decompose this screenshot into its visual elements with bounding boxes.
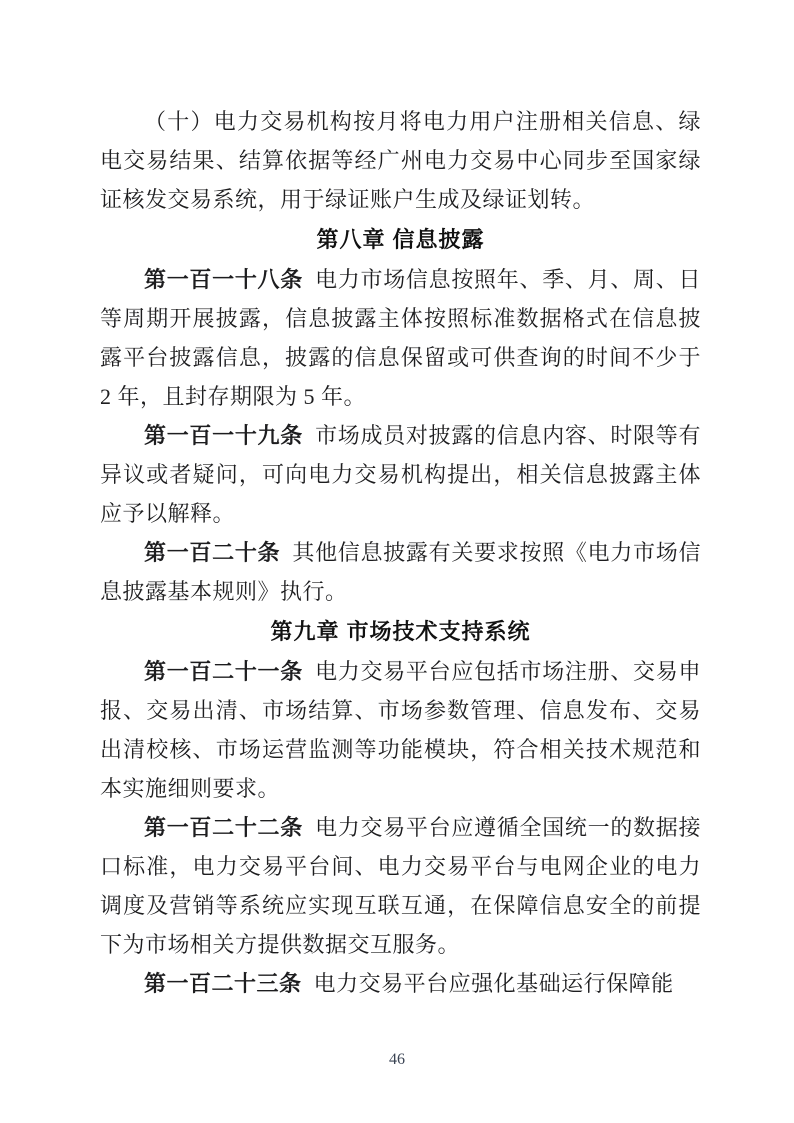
paragraph: 第一百二十一条电力交易平台应包括市场注册、交易申报、交易出清、市场结算、市场参数… — [100, 652, 701, 808]
paragraph: 第一百二十三条电力交易平台应强化基础运行保障能 — [100, 964, 701, 1003]
paragraph: 第一百二十条其他信息披露有关要求按照《电力市场信息披露基本规则》执行。 — [100, 533, 701, 611]
page-number: 46 — [0, 1051, 794, 1069]
chapter-heading: 第九章 市场技术支持系统 — [100, 611, 701, 652]
article-number: 第一百二十条 — [144, 540, 280, 565]
paragraph: 第一百一十八条电力市场信息按照年、季、月、周、日等周期开展披露，信息披露主体按照… — [100, 260, 701, 416]
document-page: （十）电力交易机构按月将电力用户注册相关信息、绿电交易结果、结算依据等经广州电力… — [0, 0, 794, 1123]
paragraph: 第一百一十九条市场成员对披露的信息内容、时限等有异议或者疑问，可向电力交易机构提… — [100, 416, 701, 533]
article-number: 第一百二十二条 — [144, 815, 303, 840]
paragraph: （十）电力交易机构按月将电力用户注册相关信息、绿电交易结果、结算依据等经广州电力… — [100, 102, 701, 219]
article-number: 第一百二十一条 — [144, 659, 303, 684]
paragraph-text: 电力交易平台应强化基础运行保障能 — [314, 971, 674, 996]
chapter-heading: 第八章 信息披露 — [100, 219, 701, 260]
article-number: 第一百一十九条 — [144, 423, 303, 448]
document-content: （十）电力交易机构按月将电力用户注册相关信息、绿电交易结果、结算依据等经广州电力… — [100, 102, 701, 1003]
paragraph: 第一百二十二条电力交易平台应遵循全国统一的数据接口标准，电力交易平台间、电力交易… — [100, 808, 701, 964]
article-number: 第一百二十三条 — [144, 971, 302, 996]
article-number: 第一百一十八条 — [144, 267, 303, 292]
